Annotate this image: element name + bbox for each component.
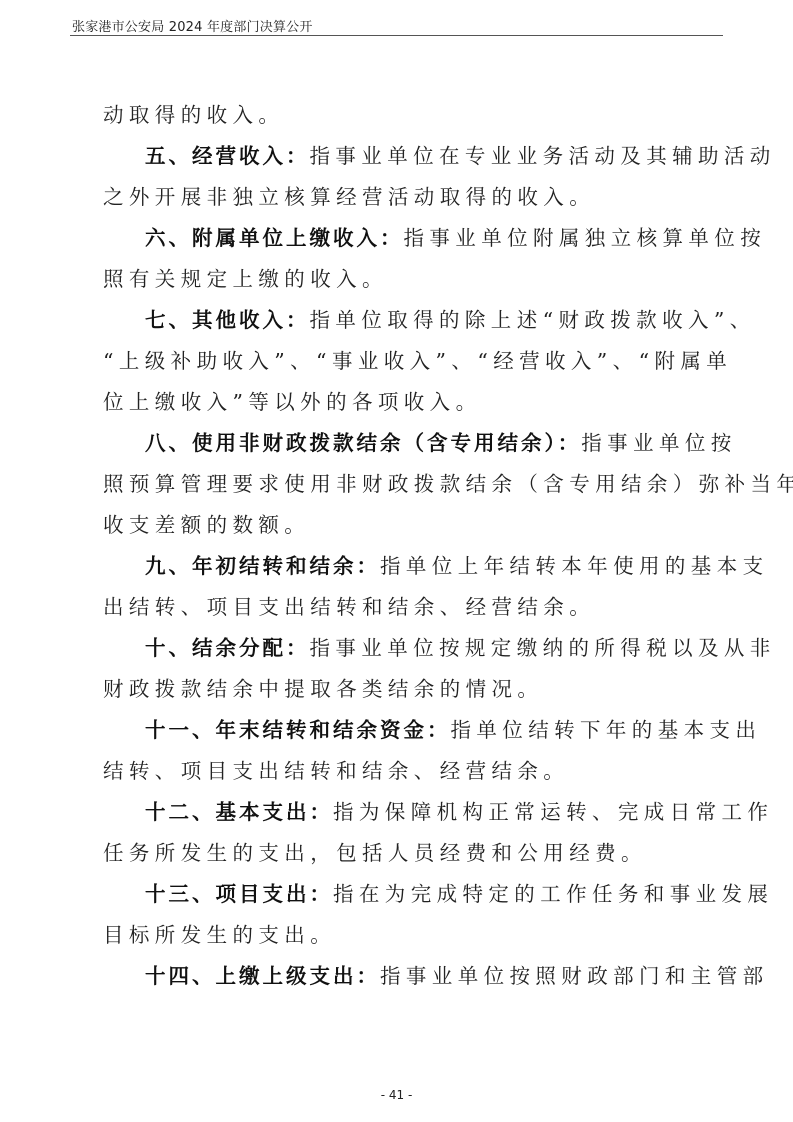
definition-line: 目标所发生的支出。 [103,915,697,956]
definition-line: 任务所发生的支出，包括人员经费和公用经费。 [103,833,697,874]
definition-line: 之外开展非独立核算经营活动取得的收入。 [103,177,697,218]
definition-line: 十一、年末结转和结余资金：指单位结转下年的基本支出 [103,710,697,751]
definition-text: 之外开展非独立核算经营活动取得的收入。 [103,185,595,209]
definition-text: 指单位上年结转本年使用的基本支 [380,554,769,578]
term-label: 六、附属单位上缴收入： [145,226,404,250]
term-label: 十二、基本支出： [145,800,333,824]
definition-text: 结转、项目支出结转和结余、经营结余。 [103,759,569,783]
definition-text: 财政拨款结余中提取各类结余的情况。 [103,677,543,701]
page-header: 张家港市公安局 2024 年度部门决算公开 [70,14,723,36]
definition-text: 指单位取得的除上述“财政拨款收入”、 [310,308,756,332]
term-label: 十一、年末结转和结余资金： [145,718,451,742]
definition-line: 八、使用非财政拨款结余（含专用结余）：指事业单位按 [103,423,697,464]
paragraph-continuation-line: 动取得的收入。 [103,95,697,136]
definition-line: 五、经营收入：指事业单位在专业业务活动及其辅助活动 [103,136,697,177]
term-label: 九、年初结转和结余： [145,554,380,578]
definition-line: 财政拨款结余中提取各类结余的情况。 [103,669,697,710]
definition-text: “上级补助收入”、“事业收入”、“经营收入”、“附属单 [103,349,732,373]
term-label: 十、结余分配： [145,636,310,660]
definition-text: 指事业单位按 [581,431,736,455]
definition-line: 出结转、项目支出结转和结余、经营结余。 [103,587,697,628]
definition-line: 位上缴收入”等以外的各项收入。 [103,382,697,423]
definition-text: 指在为完成特定的工作任务和事业发展 [333,882,773,906]
definition-line: 十、结余分配：指事业单位按规定缴纳的所得税以及从非 [103,628,697,669]
definition-text: 指事业单位附属独立核算单位按 [404,226,767,250]
definition-text: 位上缴收入”等以外的各项收入。 [103,390,481,414]
term-label: 八、使用非财政拨款结余（含专用结余）： [145,431,581,455]
definition-line: 七、其他收入：指单位取得的除上述“财政拨款收入”、 [103,300,697,341]
page-number: - 41 - [0,1088,793,1102]
term-label: 五、经营收入： [145,144,310,168]
definition-text: 指事业单位在专业业务活动及其辅助活动 [310,144,776,168]
document-title: 张家港市公安局 2024 年度部门决算公开 [72,16,313,35]
definition-line: 十四、上缴上级支出：指事业单位按照财政部门和主管部 [103,956,697,997]
term-label: 十四、上缴上级支出： [145,964,380,988]
definition-text: 指单位结转下年的基本支出 [451,718,762,742]
definition-line: 照有关规定上缴的收入。 [103,259,697,300]
definition-line: 照预算管理要求使用非财政拨款结余（含专用结余）弥补当年 [103,464,697,505]
definition-line: 六、附属单位上缴收入：指事业单位附属独立核算单位按 [103,218,697,259]
definition-line: 收支差额的数额。 [103,505,697,546]
term-label: 七、其他收入： [145,308,310,332]
definition-text: 照有关规定上缴的收入。 [103,267,388,291]
definition-line: 十二、基本支出：指为保障机构正常运转、完成日常工作 [103,792,697,833]
definition-line: 九、年初结转和结余：指单位上年结转本年使用的基本支 [103,546,697,587]
definition-text: 动取得的收入。 [103,103,284,127]
term-label: 十三、项目支出： [145,882,333,906]
definition-line: “上级补助收入”、“事业收入”、“经营收入”、“附属单 [103,341,697,382]
definition-text: 出结转、项目支出结转和结余、经营结余。 [103,595,595,619]
definition-line: 十三、项目支出：指在为完成特定的工作任务和事业发展 [103,874,697,915]
definition-text: 目标所发生的支出。 [103,923,336,947]
definition-text: 指事业单位按规定缴纳的所得税以及从非 [310,636,776,660]
definition-text: 收支差额的数额。 [103,513,310,537]
definition-text: 指事业单位按照财政部门和主管部 [380,964,769,988]
definition-text: 照预算管理要求使用非财政拨款结余（含专用结余）弥补当年 [103,472,793,496]
document-body: 动取得的收入。 五、经营收入：指事业单位在专业业务活动及其辅助活动 之外开展非独… [103,95,697,997]
definition-text: 指为保障机构正常运转、完成日常工作 [333,800,773,824]
definition-text: 任务所发生的支出，包括人员经费和公用经费。 [103,841,647,865]
definition-line: 结转、项目支出结转和结余、经营结余。 [103,751,697,792]
